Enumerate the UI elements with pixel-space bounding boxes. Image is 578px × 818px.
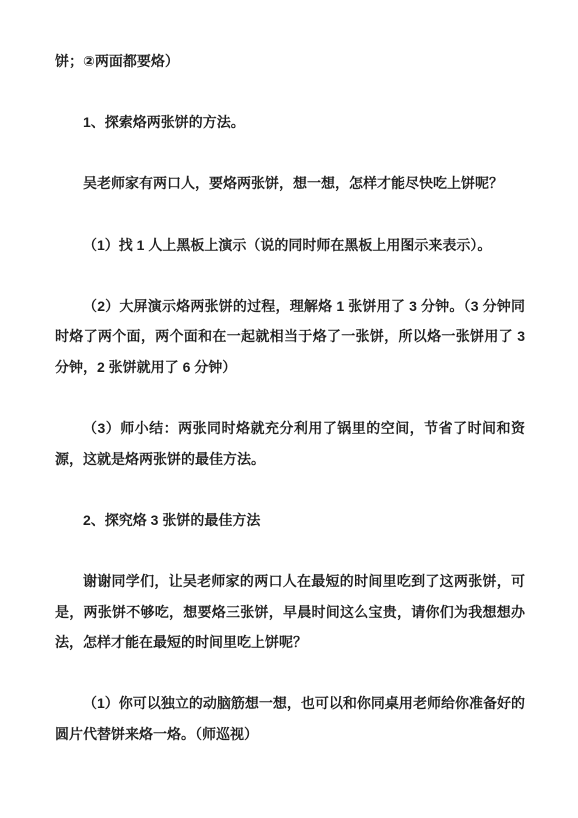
paragraph-question-3-cakes: 谢谢同学们，让吴老师家的两口人在最短的时间里吃到了这两张饼，可是，两张饼不够吃，… — [55, 566, 525, 658]
paragraph-question: 吴老师家有两口人，要烙两张饼，想一想，怎样才能尽快吃上饼呢？ — [55, 168, 525, 199]
paragraph-activity-1: （1）你可以独立的动脑筋想一想，也可以和你同桌用老师给你准备好的圆片代替饼来烙一… — [55, 688, 525, 749]
paragraph-step-1: （1）找 1 人上黑板上演示（说的同时师在黑板上用图示来表示）。 — [55, 230, 525, 261]
paragraph-step-2: （2）大屏演示烙两张饼的过程，理解烙 1 张饼用了 3 分钟。（3 分钟同时烙了… — [55, 291, 525, 383]
paragraph-heading-2: 2、探究烙 3 张饼的最佳方法 — [55, 505, 525, 536]
paragraph-heading-1: 1、探索烙两张饼的方法。 — [55, 107, 525, 138]
document-page: 饼；②两面都要烙） 1、探索烙两张饼的方法。 吴老师家有两口人，要烙两张饼，想一… — [0, 0, 578, 818]
paragraph-step-3-summary: （3）师小结：两张同时烙就充分利用了锅里的空间，节省了时间和资源，这就是烙两张饼… — [55, 413, 525, 474]
paragraph-continuation: 饼；②两面都要烙） — [55, 46, 525, 77]
document-text-column: 饼；②两面都要烙） 1、探索烙两张饼的方法。 吴老师家有两口人，要烙两张饼，想一… — [55, 46, 525, 780]
